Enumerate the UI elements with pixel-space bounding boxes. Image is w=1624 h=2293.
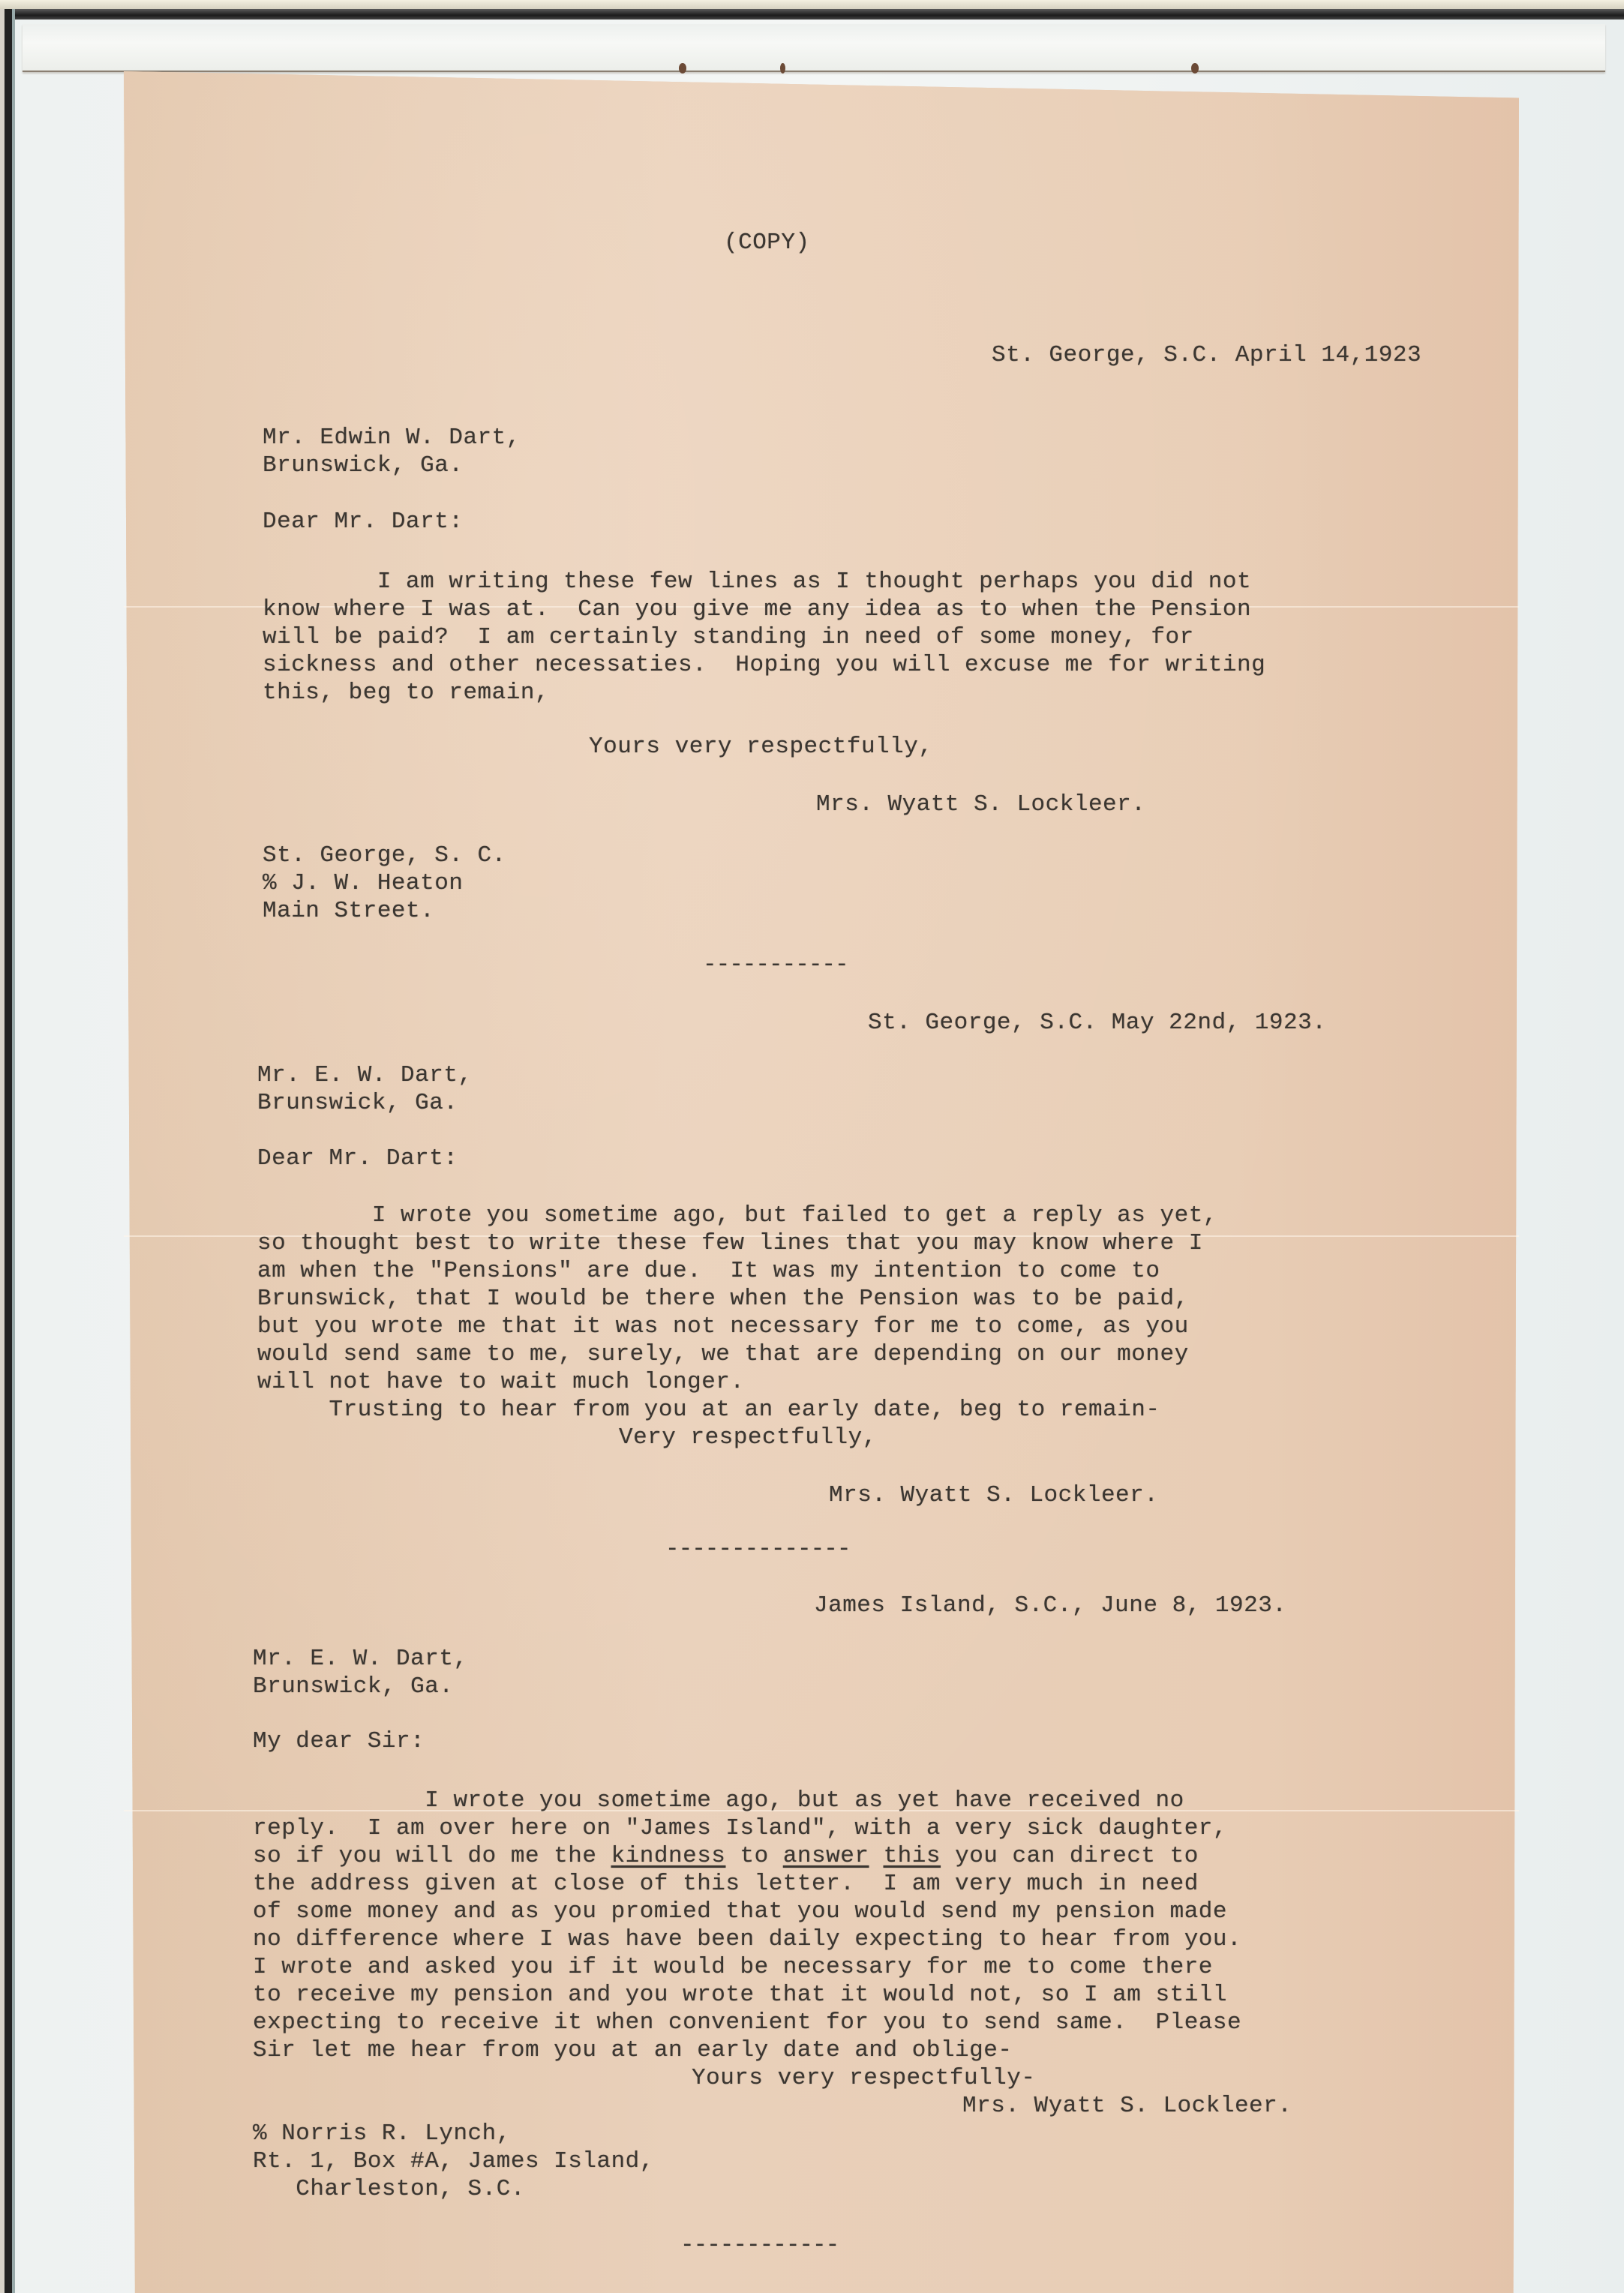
letter-3-body-line: I wrote and asked you if it would be nec…: [253, 1953, 1213, 1981]
letter-3-body-line: to receive my pension and you wrote that…: [253, 1981, 1227, 2009]
letter-3-body-line: of some money and as you promied that yo…: [253, 1898, 1227, 1925]
letter-1-recipient-name: Mr. Edwin W. Dart,: [263, 424, 521, 452]
frame-left-border: [0, 9, 15, 2293]
tape-stain: [1191, 63, 1199, 74]
text-run: you can direct to: [941, 1843, 1199, 1869]
letter-3-body-line: reply. I am over here on "James Island",…: [253, 1814, 1227, 1842]
letter-3-return-address-line: Rt. 1, Box #A, James Island,: [253, 2147, 654, 2175]
text-run: so if you will do me the: [253, 1843, 611, 1869]
letter-3-body-line: I wrote you sometime ago, but as yet hav…: [253, 1787, 1184, 1814]
letter-1-body-line: will be paid? I am certainly standing in…: [263, 623, 1194, 651]
letter-2-body-line: I wrote you sometime ago, but failed to …: [257, 1202, 1217, 1229]
letter-2-closing: Very respectfully,: [619, 1424, 877, 1451]
letter-1-return-address-line: St. George, S. C.: [263, 842, 506, 869]
letter-2-salutation: Dear Mr. Dart:: [257, 1145, 458, 1172]
letter-1-salutation: Dear Mr. Dart:: [263, 508, 463, 536]
scanner-top-edge: [0, 0, 1624, 9]
underlined-kindness: kindness: [611, 1843, 726, 1869]
letter-3-closing: Yours very respectfully-: [692, 2064, 1035, 2092]
letter-3-body-line-underlined: so if you will do me the kindness to ans…: [253, 1842, 1199, 1870]
letter-1-closing: Yours very respectfully,: [589, 733, 932, 761]
letter-2-place-date: St. George, S.C. May 22nd, 1923.: [868, 1009, 1326, 1037]
letter-2-body-line: Brunswick, that I would be there when th…: [257, 1285, 1189, 1313]
letter-2-body-line: would send same to me, surely, we that a…: [257, 1340, 1189, 1368]
letter-3-body-line: expecting to receive it when convenient …: [253, 2009, 1241, 2036]
letter-separator: --------------: [665, 1535, 850, 1563]
letter-3-signature: Mrs. Wyatt S. Lockleer.: [962, 2092, 1292, 2120]
letter-2-body-line: am when the "Pensions" are due. It was m…: [257, 1257, 1160, 1285]
frame-top-border: [0, 9, 1624, 20]
letter-3-body-line: Sir let me hear from you at an early dat…: [253, 2036, 1012, 2064]
letter-1-place-date: St. George, S.C. April 14,1923: [992, 341, 1421, 369]
letter-2-recipient-name: Mr. E. W. Dart,: [257, 1061, 473, 1089]
letter-1-body-line: sickness and other necessaties. Hoping y…: [263, 651, 1265, 679]
text-run: to: [725, 1843, 782, 1869]
tape-stain: [780, 63, 785, 74]
letter-1-signature: Mrs. Wyatt S. Lockleer.: [816, 791, 1145, 818]
letter-3-place-date: James Island, S.C., June 8, 1923.: [814, 1592, 1286, 1619]
letter-1-return-address-line: Main Street.: [263, 897, 434, 925]
letter-2-signature: Mrs. Wyatt S. Lockleer.: [829, 1481, 1158, 1509]
letter-3-return-address-line: % Norris R. Lynch,: [253, 2120, 511, 2147]
underlined-answer: answer: [783, 1843, 869, 1869]
letter-separator: ------------: [680, 2231, 839, 2259]
letter-2-body-line: so thought best to write these few lines…: [257, 1229, 1203, 1257]
letter-1-body-line: I am writing these few lines as I though…: [263, 568, 1251, 596]
letter-1-body-line: know where I was at. Can you give me any…: [263, 596, 1251, 623]
copy-label: (COPY): [724, 229, 810, 257]
letter-2-body-line: will not have to wait much longer.: [257, 1368, 745, 1396]
letter-1-return-address-line: % J. W. Heaton: [263, 869, 463, 897]
letter-3-recipient-name: Mr. E. W. Dart,: [253, 1645, 468, 1673]
letter-3-body-line: the address given at close of this lette…: [253, 1870, 1199, 1898]
tape-stain: [679, 63, 686, 74]
letter-3-body-line: no difference where I was have been dail…: [253, 1925, 1241, 1953]
letter-1-body-line: this, beg to remain,: [263, 679, 549, 707]
letter-3-return-address-line: Charleston, S.C.: [253, 2175, 525, 2203]
letter-2-body-line: but you wrote me that it was not necessa…: [257, 1313, 1189, 1340]
letter-separator: -----------: [703, 951, 848, 979]
text-run: [869, 1843, 883, 1869]
letter-2-recipient-city: Brunswick, Ga.: [257, 1089, 458, 1117]
tape-strip: [23, 24, 1605, 72]
letter-3-recipient-city: Brunswick, Ga.: [253, 1673, 453, 1700]
underlined-this: this: [884, 1843, 941, 1869]
letter-1-recipient-city: Brunswick, Ga.: [263, 452, 463, 479]
letter-2-body-line: Trusting to hear from you at an early da…: [257, 1396, 1160, 1424]
letter-3-salutation: My dear Sir:: [253, 1727, 425, 1755]
